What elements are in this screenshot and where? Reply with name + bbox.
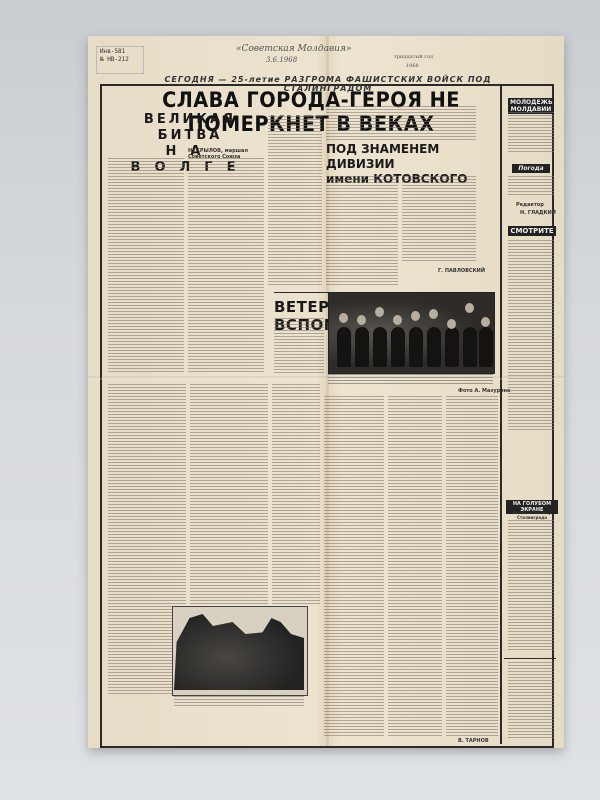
editor-label: Редактор — [516, 202, 544, 208]
text-column — [326, 176, 398, 286]
text-column — [388, 396, 442, 736]
sidebar-divider — [500, 84, 502, 744]
text-column — [268, 116, 322, 286]
newspaper-page: Инв-581 № НВ-212 «Советская Молдавия» 3.… — [88, 36, 564, 748]
stamp-line: № НВ-212 — [100, 56, 140, 64]
byline-bottom: В. ТАРНОВ — [458, 738, 489, 744]
publisher-line: тридцатый год — [394, 54, 433, 60]
photo-caption — [174, 696, 304, 708]
photo-credit: Фото А. Мазурина — [458, 388, 510, 394]
handwritten-title: «Советская Молдавия» — [236, 44, 351, 54]
text-column — [190, 384, 268, 604]
weather-banner: Погода — [512, 164, 550, 173]
divider — [504, 658, 556, 659]
handwritten-date: 3.6.1968 — [266, 56, 297, 64]
tv-listings — [508, 240, 554, 430]
text-column — [274, 318, 324, 374]
screen-subtitle: Великая битва у Сталинграда — [510, 510, 554, 520]
byline-pavlovsky: Г. ПАВЛОВСКИЙ — [438, 268, 485, 274]
veterans-photo — [328, 292, 495, 374]
tv-banner: СМОТРИТЕ — [508, 226, 556, 236]
issue-year: 1968 — [406, 63, 419, 69]
text-column — [446, 396, 498, 736]
archive-stamp: Инв-581 № НВ-212 — [96, 46, 144, 74]
text-column — [188, 158, 264, 373]
text-column — [402, 176, 476, 261]
text-column — [508, 520, 554, 650]
text-column — [108, 158, 184, 373]
text-column — [508, 176, 554, 196]
text-column — [508, 112, 554, 154]
text-column — [324, 396, 384, 736]
text-column — [508, 662, 554, 740]
editor-name: Н. ГЛАДКИЙ — [520, 210, 556, 216]
stamp-line: Инв-581 — [100, 48, 140, 56]
text-column — [326, 106, 476, 140]
text-column — [272, 384, 320, 604]
photo-caption — [328, 374, 493, 386]
